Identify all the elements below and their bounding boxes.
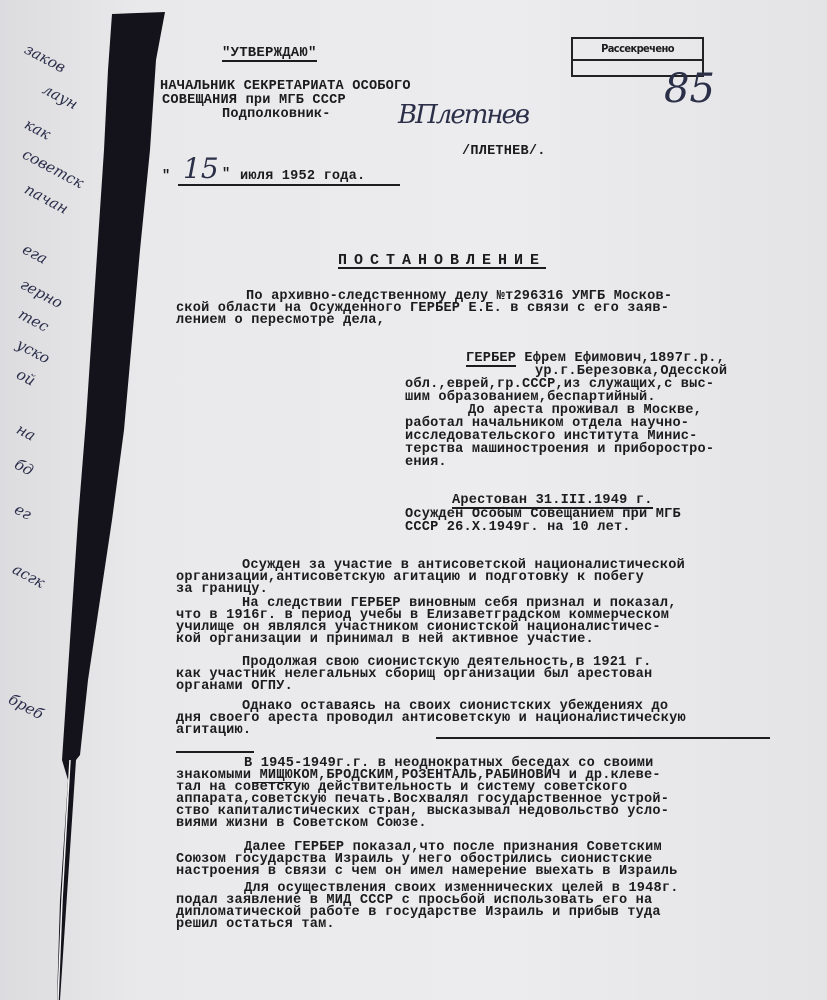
body-line: за границу.	[176, 583, 268, 596]
margin-note: бд	[12, 455, 37, 480]
approver-title-line: НАЧАЛЬНИК СЕКРЕТАРИАТА ОСОБОГО	[160, 80, 411, 93]
margin-note: ой	[14, 365, 39, 390]
approver-name: /ПЛЕТНЕВ/.	[462, 145, 546, 158]
agitation-underline	[436, 737, 770, 739]
approver-signature: ВПлетнев	[398, 100, 528, 130]
date-close-quote: "	[222, 168, 230, 181]
body-line: настроения в связи с чем он имел намерен…	[176, 865, 677, 878]
scanned-document-page: заков лаун как советск пачан ега герно т…	[0, 0, 827, 1000]
date-day-handwritten: 15	[183, 152, 219, 185]
margin-note: пачан	[22, 180, 72, 218]
margin-note: ега	[20, 240, 51, 268]
margin-note: уско	[14, 335, 53, 367]
body-line: агитацию.	[176, 724, 251, 737]
approval-heading: "УТВЕРЖДАЮ"	[222, 47, 317, 62]
margin-note: лаун	[40, 80, 81, 113]
body-line: кой организации и принимал в ней активно…	[176, 633, 594, 646]
subject-surname: ГЕРБЕР	[466, 352, 516, 367]
date-open-quote: "	[162, 170, 170, 183]
handwritten-page-number: 85	[664, 66, 715, 112]
body-line: решил остаться там.	[176, 918, 335, 931]
margin-note: тес	[16, 305, 52, 336]
date-text: июля 1952 года.	[240, 170, 365, 183]
intro-line: лением о пересмотре дела,	[176, 314, 385, 327]
approver-rank: Подполковник-	[222, 108, 331, 121]
body-line: дня своего ареста проводил антисоветскую…	[176, 712, 686, 725]
date-underline	[178, 184, 400, 186]
stamp-label: Рассекречено	[573, 39, 702, 61]
subject-line: ения.	[405, 456, 447, 469]
margin-note: как	[22, 115, 54, 144]
document-title: ПОСТАНОВЛЕНИЕ	[338, 254, 546, 269]
body-line: виями жизни в Советском Союзе.	[176, 817, 427, 830]
margin-note: бреб	[6, 690, 47, 723]
margin-note: на	[14, 420, 39, 445]
subject-line: терства машиностроения и приборостро-	[405, 443, 714, 456]
approver-title-line: СОВЕЩАНИЯ при МГБ СССР	[162, 94, 346, 107]
margin-note: заков	[22, 40, 69, 76]
agitation-underline-2	[176, 751, 254, 753]
sentence-line: СССР 26.X.1949г. на 10 лет.	[405, 521, 631, 534]
margin-note: ег	[12, 500, 35, 524]
body-line: органами ОГПУ.	[176, 680, 293, 693]
margin-note: асгк	[10, 560, 48, 592]
